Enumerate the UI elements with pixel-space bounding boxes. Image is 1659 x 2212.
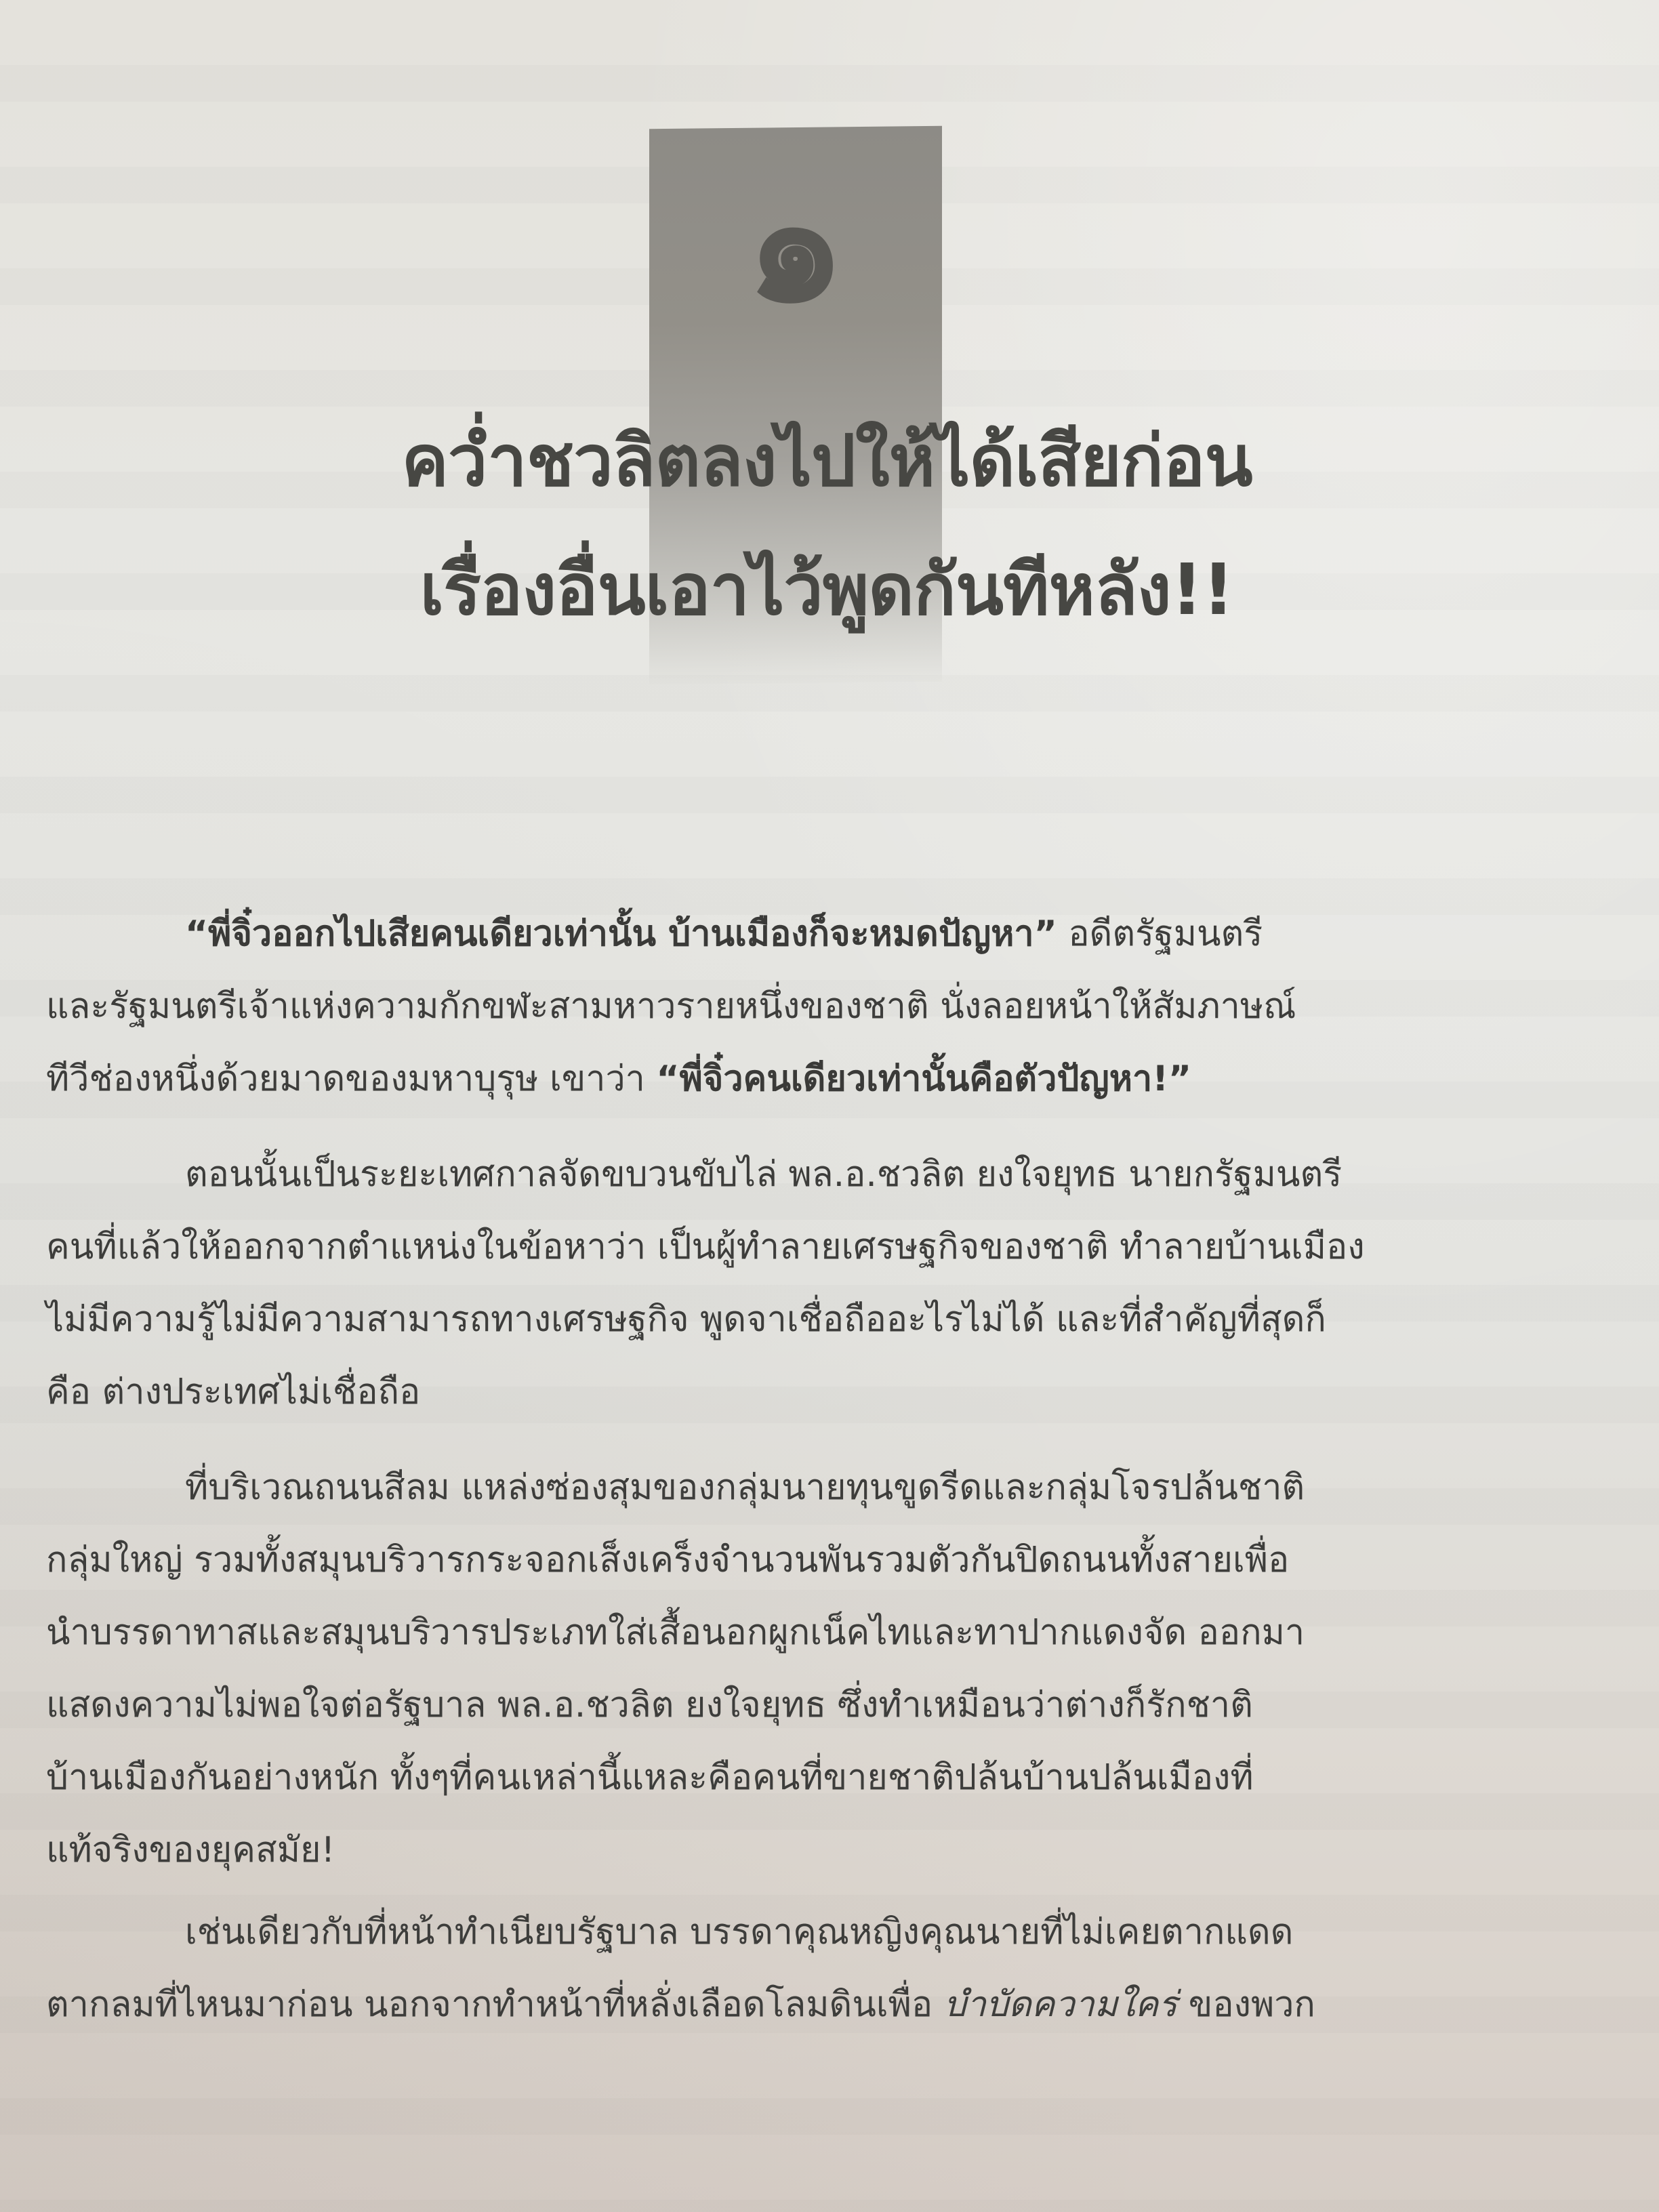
- paragraph-4: เช่นเดียวกับที่หน้าทำเนียบรัฐบาล บรรดาคุ…: [46, 1896, 1571, 2041]
- text-line: บ้านเมืองกันอย่างหนัก ทั้งๆที่คนเหล่านี้…: [46, 1742, 1571, 1814]
- text-line: และรัฐมนตรีเจ้าแห่งความกักขฬะสามหาวรายหน…: [46, 970, 1571, 1043]
- text-line: แสดงความไม่พอใจต่อรัฐบาล พล.อ.ชวลิต ยงใจ…: [46, 1669, 1571, 1742]
- text-line: กลุ่มใหญ่ รวมทั้งสมุนบริวารกระจอกเส็งเคร…: [46, 1524, 1571, 1597]
- text-line: นำบรรดาทาสและสมุนบริวารประเภทใส่เสื้อนอก…: [46, 1597, 1571, 1669]
- paragraph-1: “พี่จิ๋วออกไปเสียคนเดียวเท่านั้น บ้านเมื…: [46, 898, 1571, 1115]
- text-span: ตากลมที่ไหนมาก่อน นอกจากทำหน้าที่หลั่งเล…: [46, 1984, 944, 2025]
- text-line: แท้จริงของยุคสมัย!: [46, 1814, 1571, 1887]
- paragraph-gap: [46, 1887, 1571, 1896]
- italic-phrase: บำบัดความใคร่: [944, 1984, 1178, 2025]
- chapter-number: ๑: [649, 169, 942, 325]
- paragraph-gap: [46, 1115, 1571, 1139]
- text-span: และรัฐมนตรีเจ้าแห่งความกักขฬะสามหาวรายหน…: [46, 986, 1296, 1027]
- paragraph-gap: [46, 1429, 1571, 1452]
- text-line: ทีวีช่องหนึ่งด้วยมาดของมหาบุรุษ เขาว่า “…: [46, 1043, 1571, 1115]
- text-line: ตอนนั้นเป็นระยะเทศกาลจัดขบวนขับไล่ พล.อ.…: [46, 1139, 1571, 1211]
- text-line: ไม่มีความรู้ไม่มีความสามารถทางเศรษฐกิจ พ…: [46, 1284, 1571, 1356]
- body-text: “พี่จิ๋วออกไปเสียคนเดียวเท่านั้น บ้านเมื…: [46, 898, 1571, 2041]
- text-line: คือ ต่างประเทศไม่เชื่อถือ: [46, 1356, 1571, 1429]
- text-span: ของพวก: [1177, 1984, 1315, 2025]
- text-line: ตากลมที่ไหนมาก่อน นอกจากทำหน้าที่หลั่งเล…: [46, 1969, 1571, 2041]
- text-line: ที่บริเวณถนนสีลม แหล่งซ่องสุมของกลุ่มนาย…: [46, 1452, 1571, 1524]
- paragraph-3: ที่บริเวณถนนสีลม แหล่งซ่องสุมของกลุ่มนาย…: [46, 1452, 1571, 1887]
- chapter-title-line-1: คว่ำชวลิตลงไปให้ได้เสียก่อน: [298, 396, 1355, 525]
- text-span: ทีวีช่องหนึ่งด้วยมาดของมหาบุรุษ เขาว่า: [46, 1059, 656, 1099]
- quote-bold: “พี่จิ๋วออกไปเสียคนเดียวเท่านั้น บ้านเมื…: [185, 914, 1057, 954]
- chapter-title: คว่ำชวลิตลงไปให้ได้เสียก่อน เรื่องอื่นเอ…: [298, 396, 1355, 654]
- text-line: “พี่จิ๋วออกไปเสียคนเดียวเท่านั้น บ้านเมื…: [46, 898, 1571, 970]
- text-line: คนที่แล้วให้ออกจากตำแหน่งในข้อหาว่า เป็น…: [46, 1211, 1571, 1284]
- paragraph-2: ตอนนั้นเป็นระยะเทศกาลจัดขบวนขับไล่ พล.อ.…: [46, 1139, 1571, 1429]
- quote-bold: “พี่จิ๋วคนเดียวเท่านั้นคือตัวปัญหา!”: [656, 1059, 1191, 1099]
- chapter-title-line-2: เรื่องอื่นเอาไว้พูดกันทีหลัง!!: [298, 525, 1355, 654]
- text-span: อดีตรัฐมนตรี: [1057, 914, 1263, 954]
- text-line: เช่นเดียวกับที่หน้าทำเนียบรัฐบาล บรรดาคุ…: [46, 1896, 1571, 1969]
